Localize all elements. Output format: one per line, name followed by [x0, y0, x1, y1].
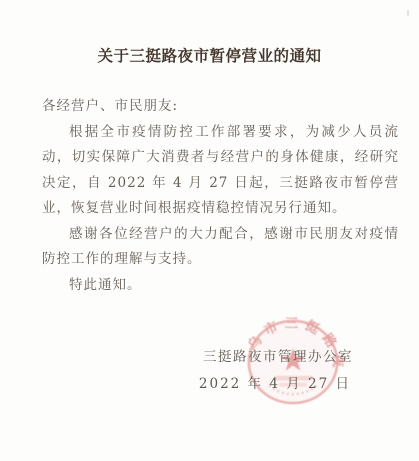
- paragraph-thanks: 感谢各位经营户的大力配合，感谢市民朋友对疫情防控工作的理解与支持。: [42, 222, 399, 273]
- scan-artifact: [407, 10, 409, 16]
- paragraph-hereby-notice: 特此通知。: [42, 273, 399, 299]
- signature-block: 三挺路夜市管理办公室 2022 年 4 月 27 日: [199, 348, 353, 393]
- notice-document: 关于三挺路夜市暂停营业的通知 各经营户、市民朋友: 根据全市疫情防控工作部署要求…: [0, 0, 419, 461]
- signature-organization: 三挺路夜市管理办公室: [199, 348, 353, 366]
- paragraph-closure-details: 根据全市疫情防控工作部署要求，为减少人员流动，切实保障广大消费者与经营户的身体健…: [42, 120, 399, 222]
- notice-title: 关于三挺路夜市暂停营业的通知: [0, 44, 419, 66]
- notice-body: 各经营户、市民朋友: 根据全市疫情防控工作部署要求，为减少人员流动，切实保障广大…: [42, 94, 399, 298]
- signature-date: 2022 年 4 月 27 日: [199, 375, 351, 393]
- salutation: 各经营户、市民朋友:: [42, 94, 399, 120]
